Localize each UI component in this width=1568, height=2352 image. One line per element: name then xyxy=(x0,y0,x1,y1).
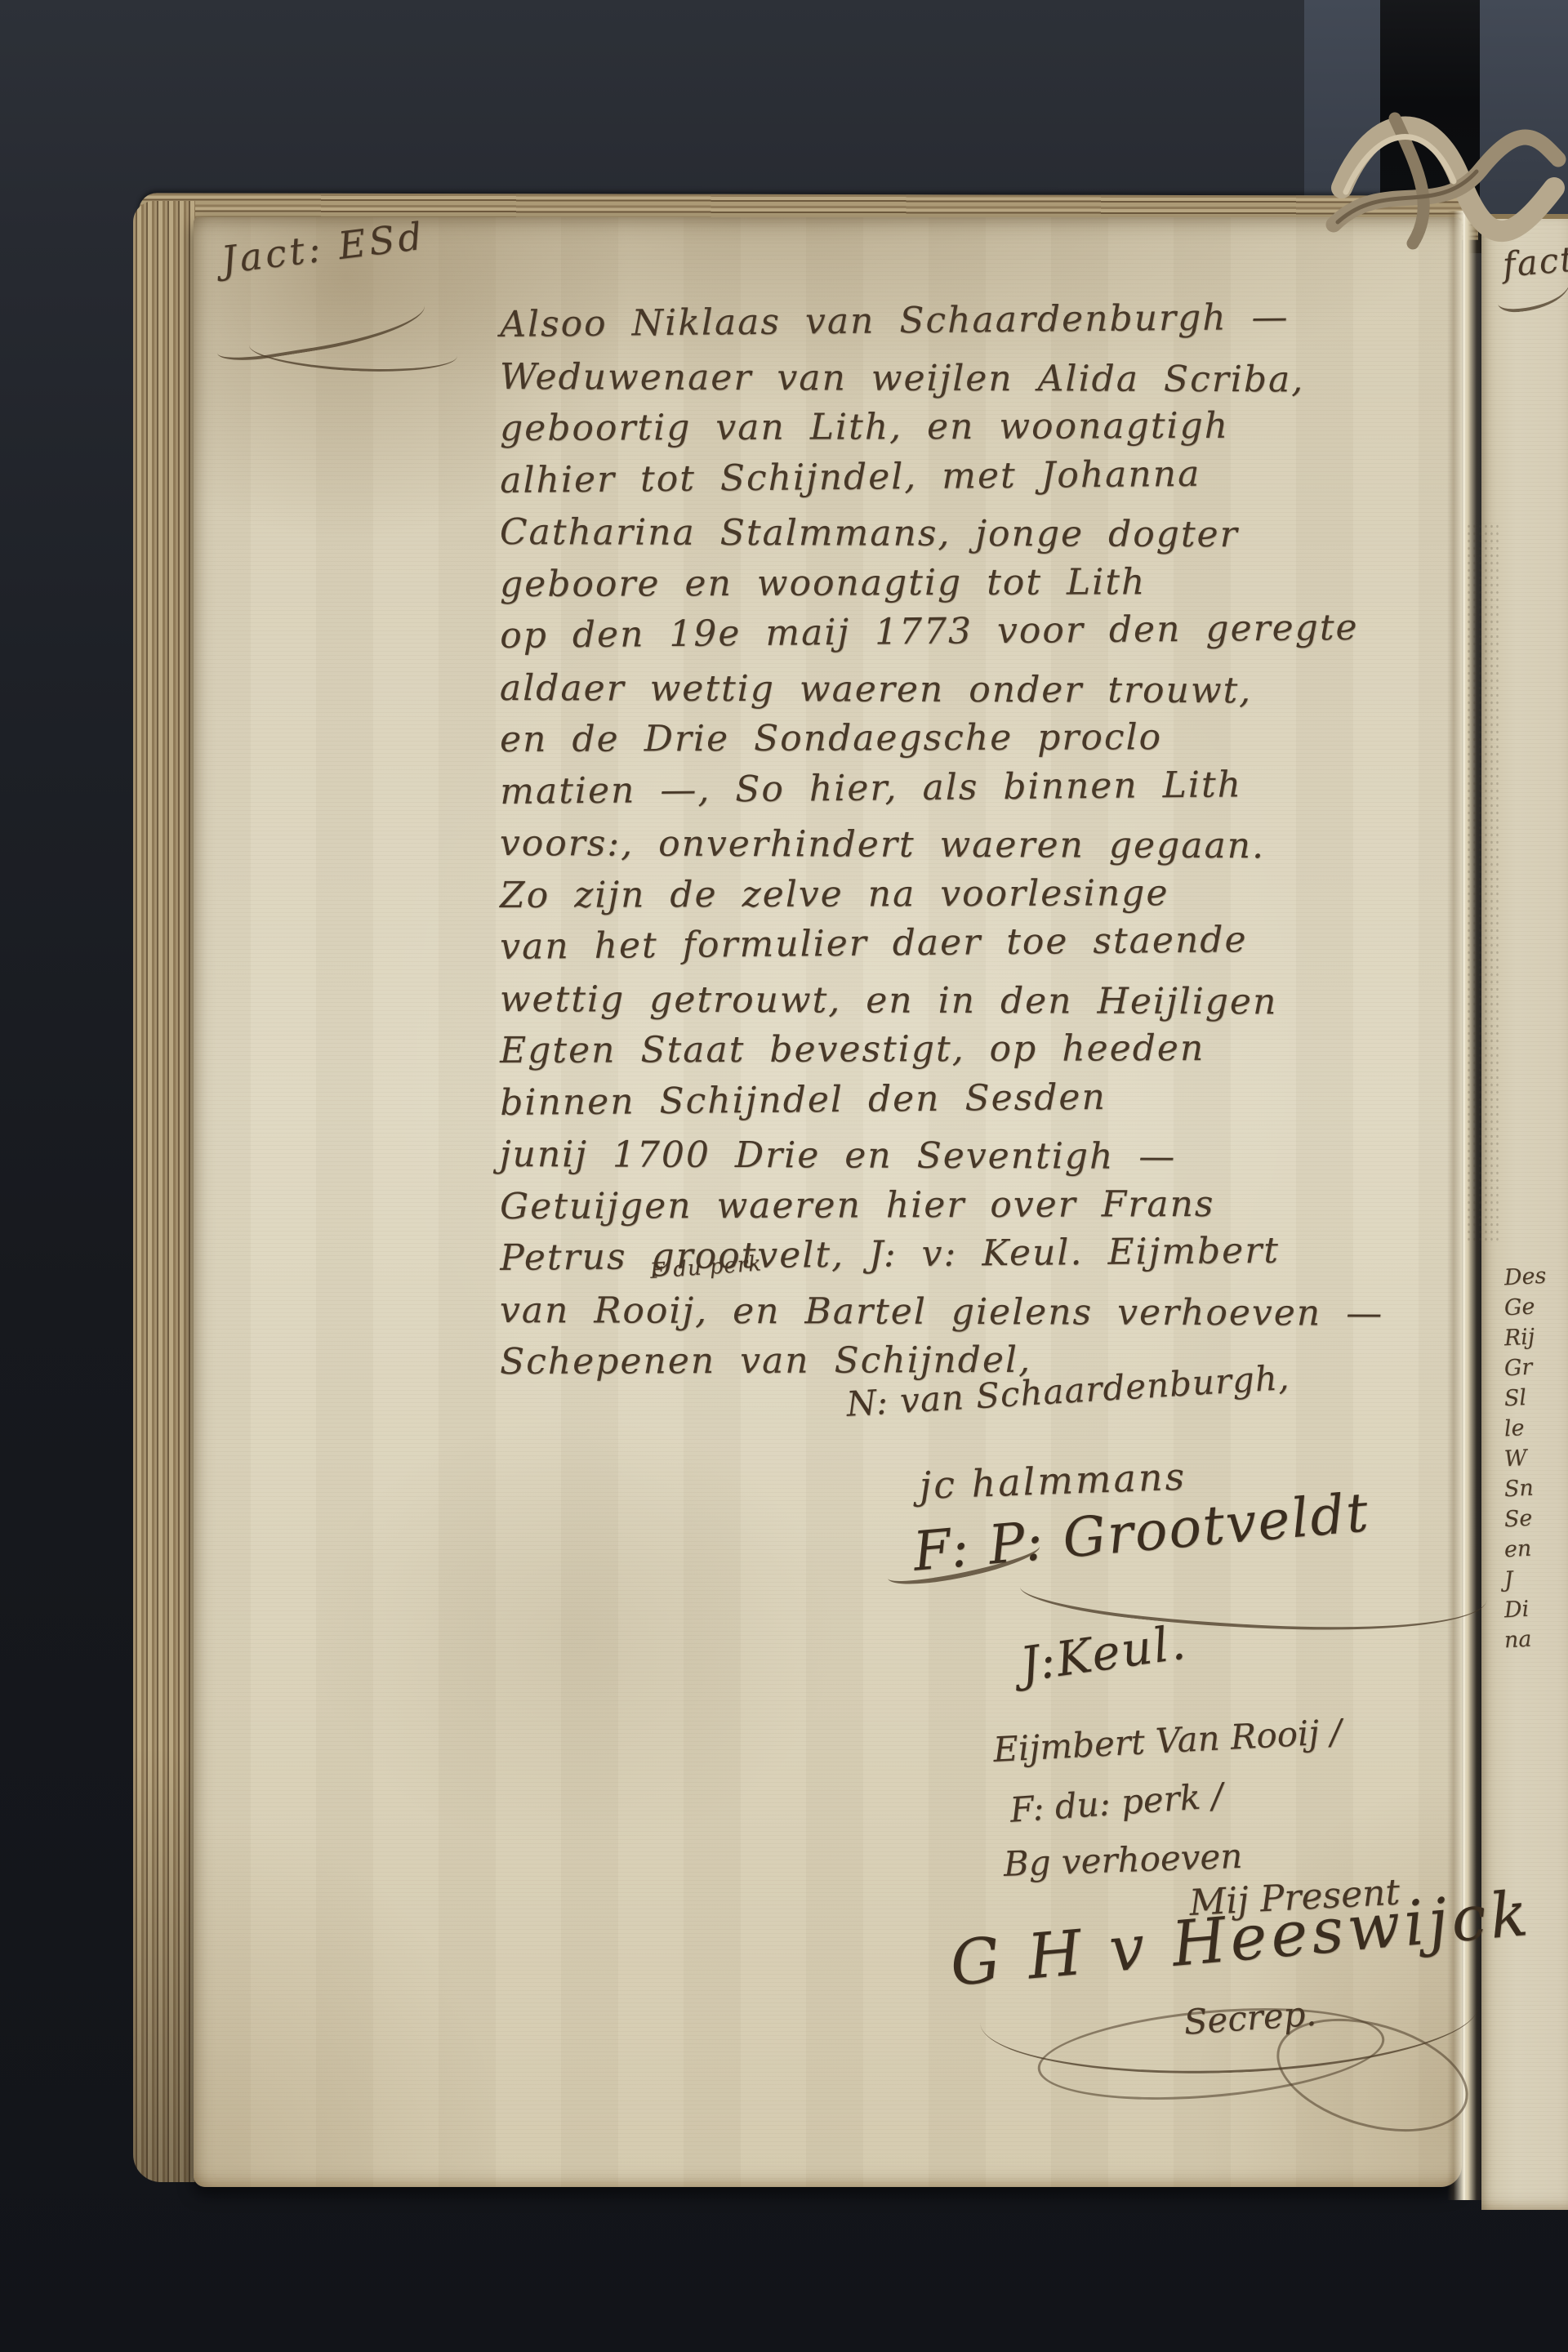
binding-cords-icon xyxy=(1313,65,1566,253)
page-stack-left-edge xyxy=(133,201,195,2182)
archival-photo: { "photo": { "background_color": "#1a1d2… xyxy=(0,0,1568,2352)
ink-offset-smudge xyxy=(1466,523,1502,1241)
manuscript-left-page xyxy=(194,217,1462,2187)
